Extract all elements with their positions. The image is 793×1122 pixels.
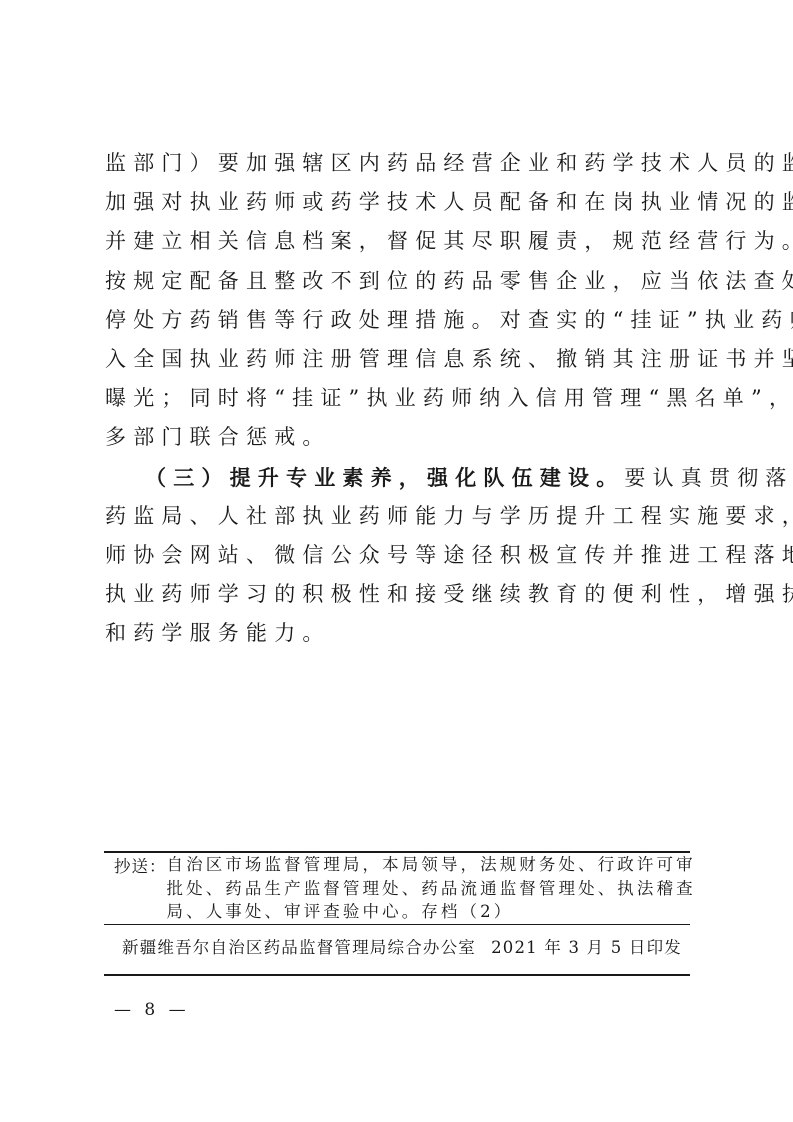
page-number: — 8 — (114, 1000, 190, 1020)
body-line: 师协会网站、微信公众号等途径积极宣传并推进工程落地，提高 (105, 536, 695, 575)
body-line: 加强对执业药师或药学技术人员配备和在岗执业情况的监督检查， (105, 183, 695, 222)
body-line: 曝光；同时将“挂证”执业药师纳入信用管理“黑名单”，实施 (105, 379, 695, 418)
cc-recipients: 自治区市场监督管理局，本局领导，法规财务处、行政许可审 批处、药品生产监督管理处… (167, 853, 696, 924)
section-3-heading: （三）提升专业素养，强化队伍建设。 (145, 465, 624, 490)
body-line: 并建立相关信息档案，督促其尽职履责，规范经营行为。对于不 (105, 222, 695, 261)
body-line: 监部门）要加强辖区内药品经营企业和药学技术人员的监督管理， (105, 144, 695, 183)
cc-line: 批处、药品生产监督管理处、药品流通监督管理处、执法稽查 (167, 877, 696, 901)
cc-line: 自治区市场监督管理局，本局领导，法规财务处、行政许可审 (167, 853, 696, 877)
body-line: 执业药师学习的积极性和接受继续教育的便利性，增强执业技能 (105, 575, 695, 614)
cc-bottom-rule (104, 924, 690, 925)
issuing-office: 新疆维吾尔自治区药品监督管理局综合办公室 (122, 934, 476, 958)
body-line: 按规定配备且整改不到位的药品零售企业，应当依法查处，并暂 (105, 262, 695, 301)
cc-block: 抄送： 自治区市场监督管理局，本局领导，法规财务处、行政许可审 批处、药品生产监… (114, 853, 690, 924)
cc-label: 抄送： (114, 853, 167, 924)
body-line: 药监局、人社部执业药师能力与学历提升工程实施要求，通过药 (105, 497, 695, 536)
body-line: 入全国执业药师注册管理信息系统、撤销其注册证书并坚决予以 (105, 340, 695, 379)
cc-line: 局、人事处、审评查验中心。存档（2） (167, 900, 696, 924)
section-3-text: 要认真贯彻落实国家 (624, 466, 793, 490)
issue-date: 2021 年 3 月 5 日印发 (491, 934, 682, 958)
document-body: 监部门）要加强辖区内药品经营企业和药学技术人员的监督管理， 加强对执业药师或药学… (105, 144, 695, 653)
issuer-row: 新疆维吾尔自治区药品监督管理局综合办公室 2021 年 3 月 5 日印发 (122, 934, 682, 958)
section-3-first-line: （三）提升专业素养，强化队伍建设。要认真贯彻落实国家 (105, 458, 695, 497)
issuer-bottom-rule (104, 974, 690, 976)
body-line: 多部门联合惩戒。 (105, 418, 695, 457)
body-line: 和药学服务能力。 (105, 614, 695, 653)
body-line: 停处方药销售等行政处理措施。对查实的“挂证”执业药师要录 (105, 301, 695, 340)
